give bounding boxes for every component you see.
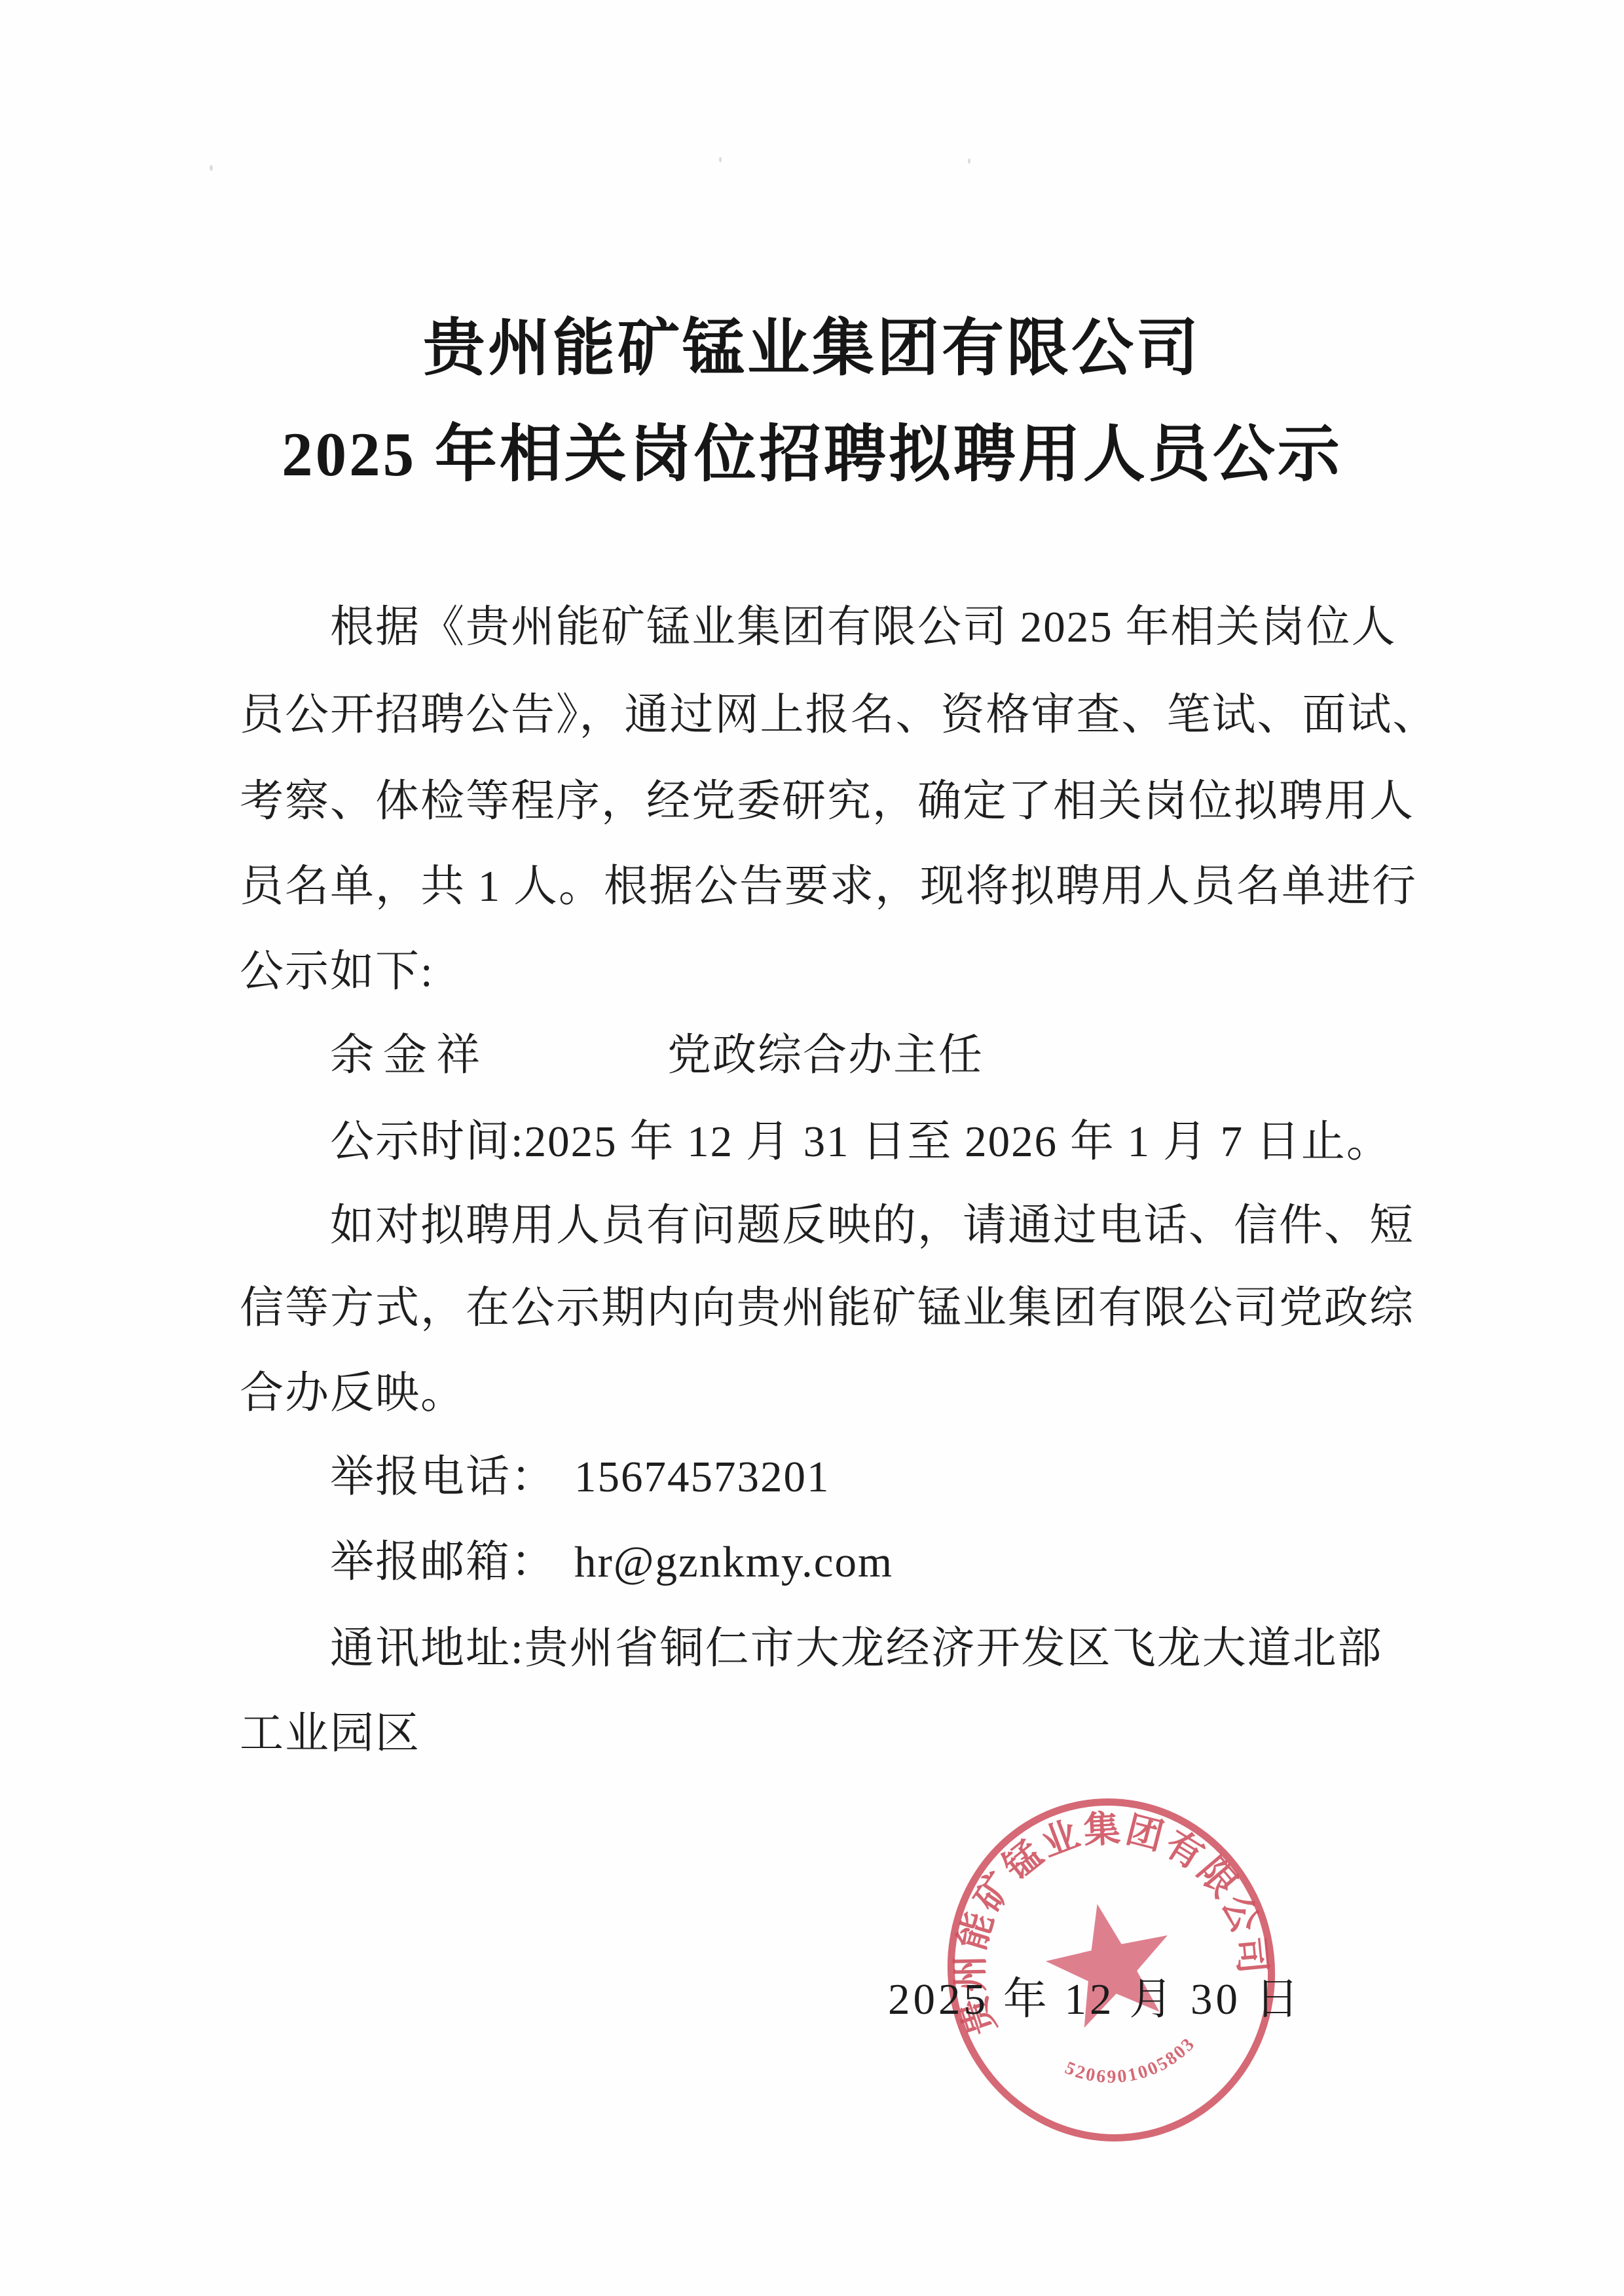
body-line: 员名单，共 1 人。根据公告要求，现将拟聘用人员名单进行 xyxy=(240,863,1392,911)
document-title-line2: 2025 年相关岗位招聘拟聘用人员公示 xyxy=(0,405,1624,494)
appointee-row: 余金祥党政综合办主任 xyxy=(240,1032,1483,1080)
report-email-label: 举报邮箱： xyxy=(330,1538,556,1586)
seal-serial-number: 5206901005803 xyxy=(1059,2031,1205,2099)
report-email-value: hr@gznkmy.com xyxy=(574,1538,893,1586)
report-phone-label: 举报电话： xyxy=(330,1453,556,1501)
report-email-row: 举报邮箱：hr@gznkmy.com xyxy=(240,1539,1483,1587)
publicity-period-line: 公示时间:2025 年 12 月 31 日至 2026 年 1 月 7 日止。 xyxy=(240,1118,1483,1167)
address-line: 通讯地址:贵州省铜仁市大龙经济开发区飞龙大道北部 xyxy=(240,1625,1483,1673)
body-line: 员公开招聘公告》，通过网上报名、资格审查、笔试、面试、 xyxy=(240,691,1392,740)
address-line: 工业园区 xyxy=(240,1710,1392,1758)
document-date: 2025 年 12 月 30 日 xyxy=(888,1964,1302,2027)
body-line: 信等方式，在公示期内向贵州能矿锰业集团有限公司党政综 xyxy=(240,1285,1392,1333)
document-page: 贵州能矿锰业集团有限公司 2025 年相关岗位招聘拟聘用人员公示 根据《贵州能矿… xyxy=(0,0,1624,2296)
body-line: 公示如下: xyxy=(240,948,1392,996)
body-line: 考察、体检等程序，经党委研究，确定了相关岗位拟聘用人 xyxy=(240,778,1392,826)
body-line: 合办反映。 xyxy=(240,1370,1392,1418)
report-phone-row: 举报电话：15674573201 xyxy=(240,1453,1483,1502)
report-phone-value: 15674573201 xyxy=(574,1453,830,1501)
scan-speck xyxy=(719,157,722,162)
body-line: 如对拟聘用人员有问题反映的，请通过电话、信件、短 xyxy=(240,1202,1483,1250)
body-line: 根据《贵州能矿锰业集团有限公司 2025 年相关岗位人 xyxy=(240,604,1483,652)
scan-speck xyxy=(210,165,213,171)
scan-speck xyxy=(968,158,970,164)
document-title-line1: 贵州能矿锰业集团有限公司 xyxy=(0,299,1624,388)
svg-text:5206901005803: 5206901005803 xyxy=(1059,2031,1205,2099)
appointee-name: 余金祥 xyxy=(330,1031,489,1080)
appointee-position: 党政综合办主任 xyxy=(667,1031,984,1080)
